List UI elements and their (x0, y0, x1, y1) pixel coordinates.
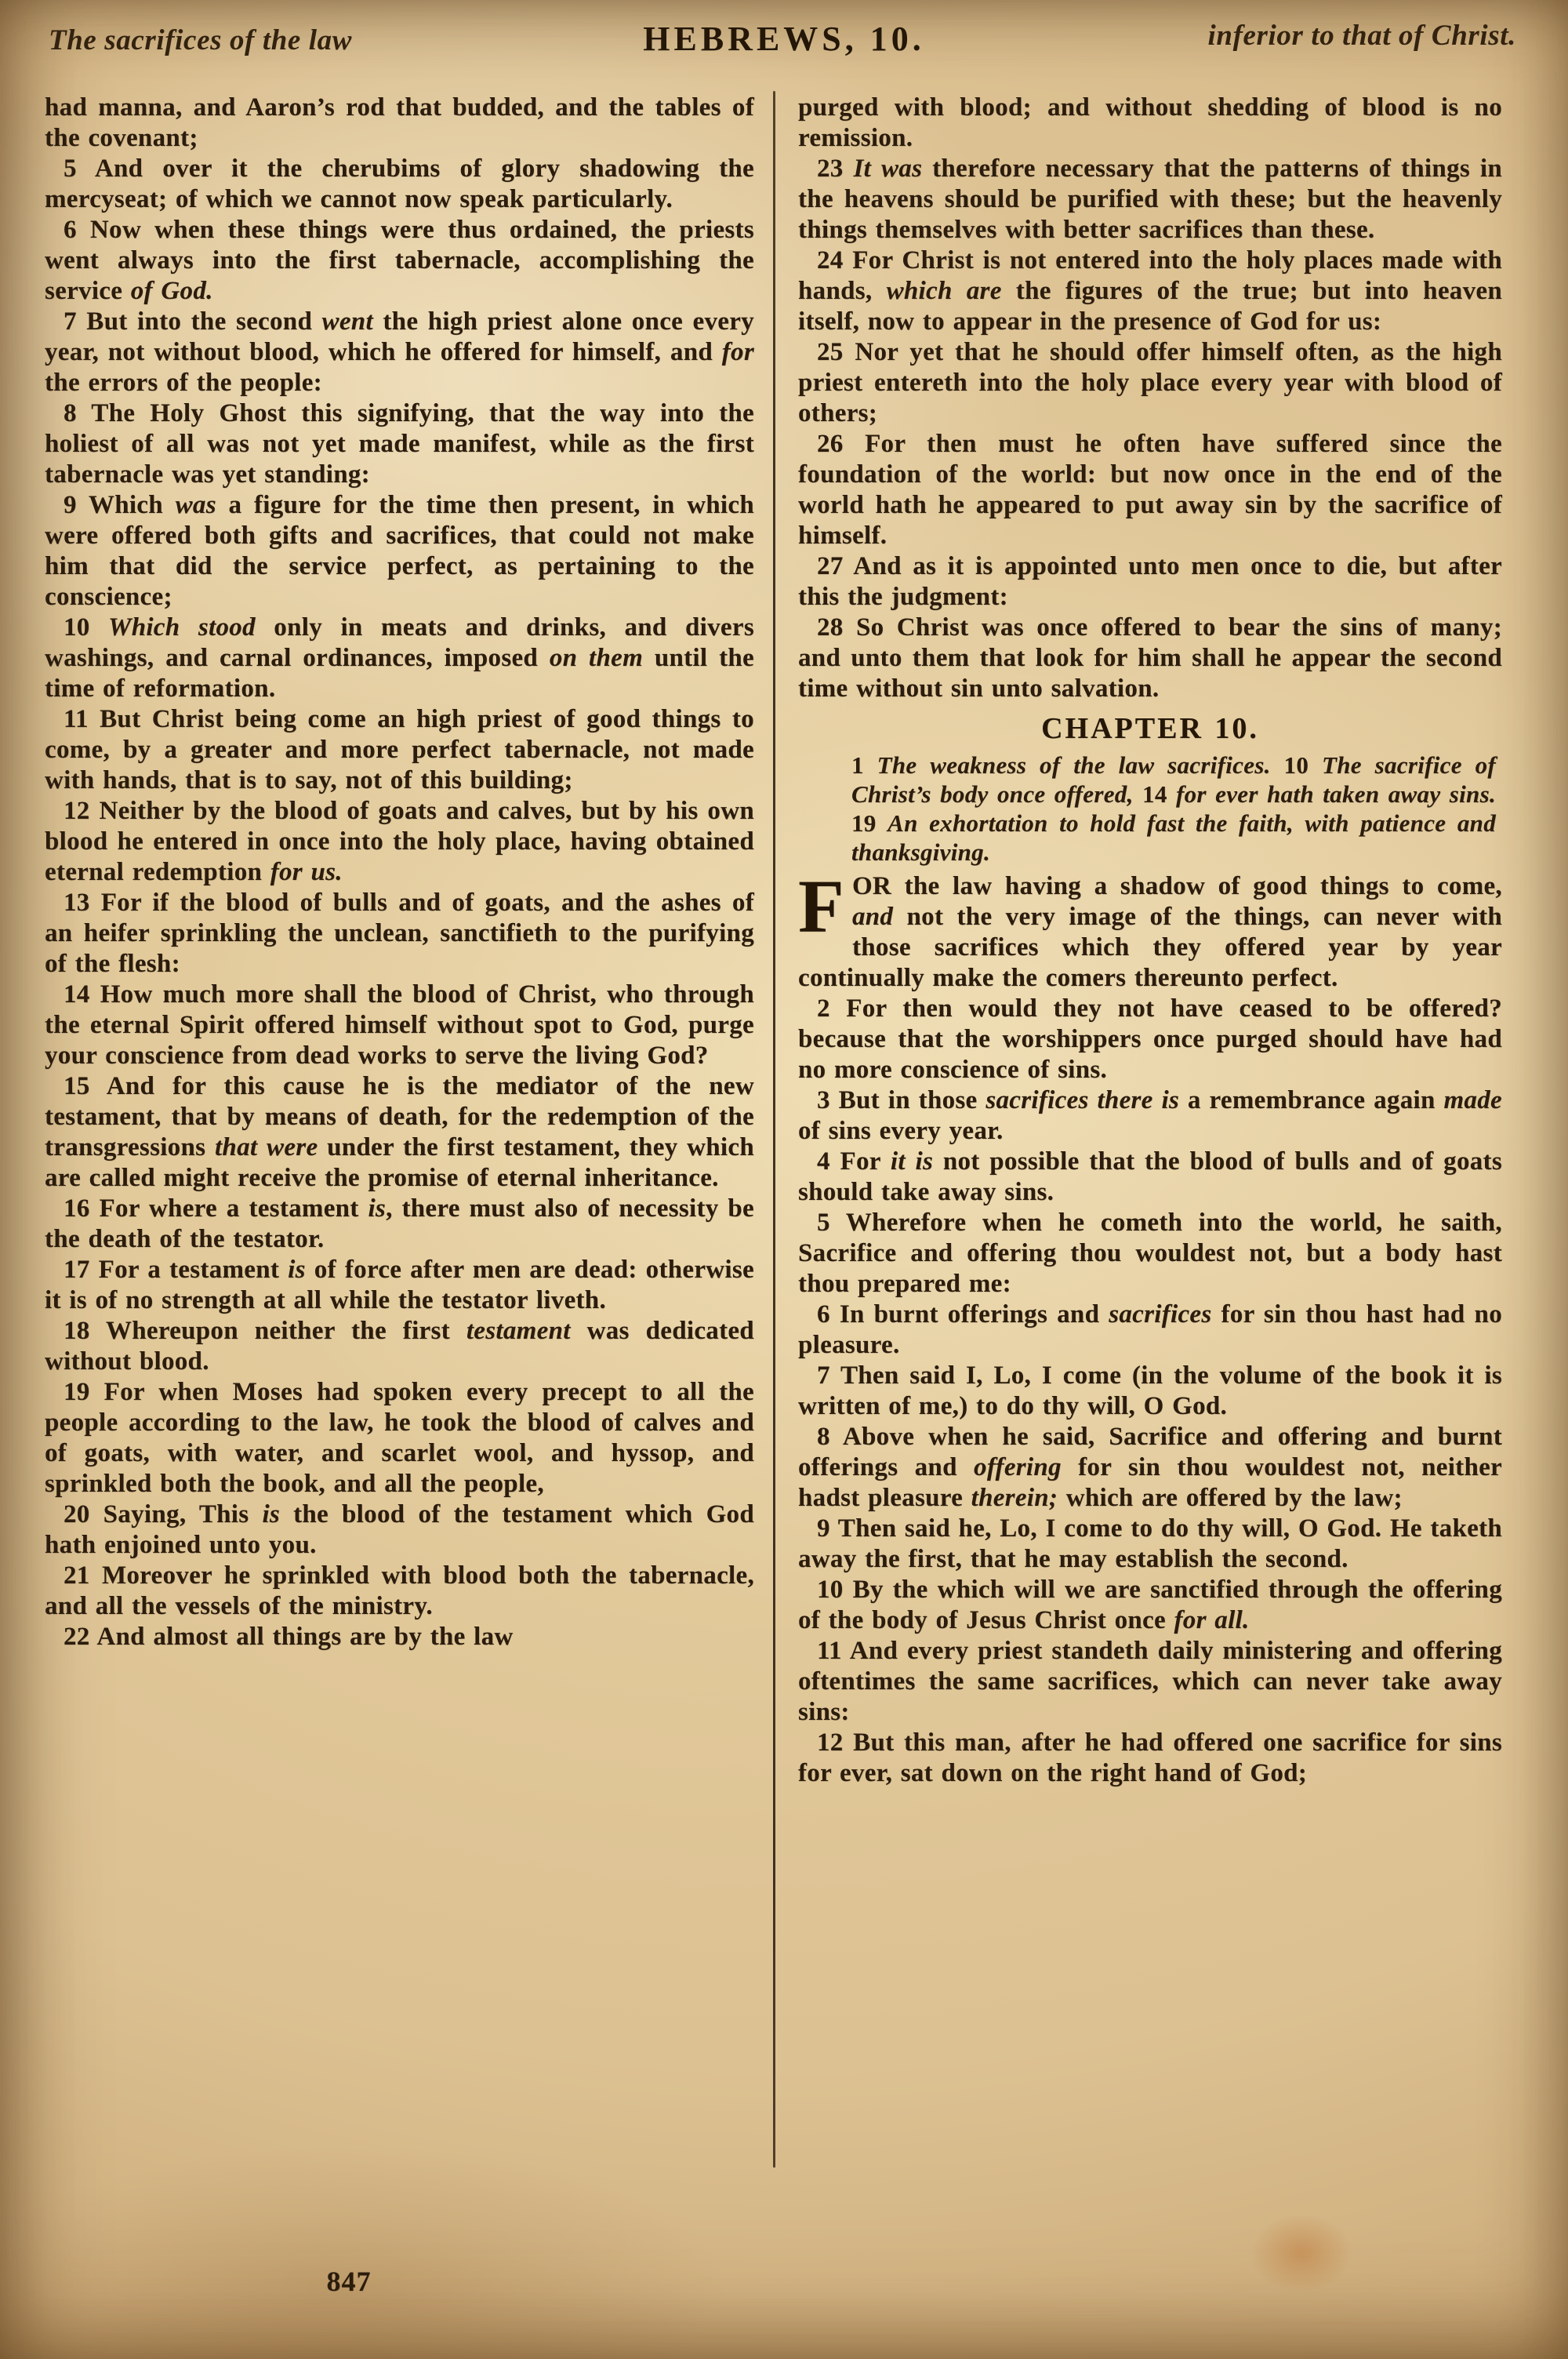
verse-number: 19 (64, 1378, 90, 1406)
verse-paragraph: 19 For when Moses had spoken every prece… (45, 1377, 754, 1499)
verse-number: 10 (817, 1576, 844, 1604)
verse-number: 14 (64, 980, 90, 1009)
left-column: had manna, and Aaron’s rod that budded, … (45, 93, 754, 1652)
italic-supplied-word: therein; (971, 1484, 1058, 1512)
verse-number: 5 (817, 1209, 830, 1237)
verse-number: 11 (817, 1637, 842, 1665)
verse-paragraph: 24 For Christ is not entered into the ho… (798, 245, 1502, 337)
verse-number: 18 (64, 1317, 90, 1345)
verse-number: 20 (64, 1500, 90, 1528)
italic-supplied-word: for us. (270, 858, 343, 886)
verse-number: 9 (64, 491, 77, 519)
verse-paragraph: 22 And almost all things are by the law (45, 1622, 754, 1652)
chapter-summary: 1 The weakness of the law sacrifices. 10… (851, 751, 1496, 867)
verse-number: 17 (64, 1256, 90, 1284)
italic-supplied-word: of God. (131, 277, 213, 305)
verse-number: 4 (817, 1147, 830, 1176)
italic-supplied-word: It was (853, 154, 922, 183)
verse-number: 7 (817, 1361, 830, 1390)
verse-paragraph: 10 Which stood only in meats and drinks,… (45, 612, 754, 704)
verse-number: 8 (817, 1423, 830, 1451)
verse-paragraph: 5 And over it the cherubims of glory sha… (45, 154, 754, 215)
italic-supplied-word: is (368, 1194, 386, 1223)
verse-number: 24 (817, 246, 844, 274)
italic-supplied-word: The weakness of the law sacrifices. (877, 751, 1271, 779)
running-head-book-chapter: HEBREWS, 10. (643, 19, 925, 59)
verse-paragraph: 2 For then would they not have ceased to… (798, 994, 1502, 1085)
column-divider (773, 91, 775, 2168)
verse-number: 2 (817, 994, 830, 1023)
italic-supplied-word: Which stood (108, 613, 256, 642)
verse-paragraph: 3 But in those sacrifices there is a rem… (798, 1085, 1502, 1147)
running-head-right: inferior to that of Christ. (1208, 19, 1516, 53)
verse-number: 7 (64, 307, 77, 336)
italic-supplied-word: it is (891, 1147, 933, 1176)
verse-paragraph: FOR the law having a shadow of good thin… (798, 871, 1502, 994)
italic-supplied-word: which are (887, 277, 1002, 305)
italic-supplied-word: is (262, 1500, 280, 1528)
verse-paragraph: 23 It was therefore necessary that the p… (798, 154, 1502, 245)
right-column: purged with blood; and without shedding … (798, 93, 1502, 1789)
verse-paragraph: 16 For where a testament is, there must … (45, 1194, 754, 1255)
italic-supplied-word: is (288, 1256, 306, 1284)
drop-cap-letter: F (798, 871, 852, 937)
verse-paragraph: 8 Above when he said, Sacrifice and offe… (798, 1422, 1502, 1514)
verse-number: 21 (64, 1561, 90, 1590)
italic-supplied-word: on them (550, 644, 643, 672)
verse-number: 25 (817, 338, 844, 366)
page-number: 847 (31, 2265, 666, 2298)
italic-supplied-word: for (722, 338, 754, 366)
verse-paragraph: 14 How much more shall the blood of Chri… (45, 980, 754, 1071)
verse-paragraph: 9 Which was a figure for the time then p… (45, 490, 754, 612)
verse-paragraph: 5 Wherefore when he cometh into the worl… (798, 1208, 1502, 1299)
verse-paragraph: 4 For it is not possible that the blood … (798, 1147, 1502, 1208)
verse-number: 6 (817, 1300, 830, 1329)
verse-paragraph: 8 The Holy Ghost this signifying, that t… (45, 398, 754, 490)
verse-paragraph: 28 So Christ was once offered to bear th… (798, 612, 1502, 704)
verse-number: 23 (817, 154, 844, 183)
verse-number: 27 (817, 552, 844, 580)
verse-paragraph: 18 Whereupon neither the first testament… (45, 1316, 754, 1377)
verse-paragraph: 6 Now when these things were thus ordain… (45, 215, 754, 307)
verse-number: 28 (817, 613, 844, 642)
verse-paragraph: 9 Then said he, Lo, I come to do thy wil… (798, 1514, 1502, 1575)
verse-paragraph: 27 And as it is appointed unto men once … (798, 551, 1502, 612)
italic-supplied-word: sacrifices there is (985, 1086, 1179, 1114)
verse-paragraph: 13 For if the blood of bulls and of goat… (45, 888, 754, 980)
verse-number: 15 (64, 1072, 90, 1100)
italic-supplied-word: for all. (1174, 1606, 1250, 1634)
verse-number: 16 (64, 1194, 90, 1223)
italic-supplied-word: for ever hath taken away sins. (1176, 780, 1496, 808)
italic-supplied-word: and (852, 903, 893, 931)
verse-paragraph: 17 For a testament is of force after men… (45, 1255, 754, 1316)
verse-paragraph: 15 And for this cause he is the mediator… (45, 1071, 754, 1194)
verse-number: 26 (817, 430, 844, 458)
verse-number: 22 (64, 1623, 90, 1651)
italic-supplied-word: An exhortation to hold fast the faith, w… (851, 809, 1496, 866)
verse-paragraph: had manna, and Aaron’s rod that budded, … (45, 93, 754, 154)
verse-paragraph: 12 But this man, after he had offered on… (798, 1728, 1502, 1789)
running-head: The sacrifices of the law HEBREWS, 10. i… (0, 17, 1568, 64)
verse-number: 12 (64, 797, 90, 825)
verse-number: 12 (817, 1728, 844, 1757)
verse-number: 13 (64, 889, 90, 917)
verse-paragraph: 25 Nor yet that he should offer himself … (798, 337, 1502, 429)
verse-number: 5 (64, 154, 77, 183)
verse-number: 6 (64, 216, 77, 244)
italic-supplied-word: went (322, 307, 373, 336)
verse-paragraph: purged with blood; and without shedding … (798, 93, 1502, 154)
verse-number: 9 (817, 1514, 830, 1543)
italic-supplied-word: made (1443, 1086, 1502, 1114)
verse-paragraph: 21 Moreover he sprinkled with blood both… (45, 1561, 754, 1622)
verse-paragraph: 6 In burnt offerings and sacrifices for … (798, 1299, 1502, 1361)
verse-number: 8 (64, 399, 77, 427)
verse-paragraph: 7 Then said I, Lo, I come (in the volume… (798, 1361, 1502, 1422)
verse-number: 11 (64, 705, 89, 733)
italic-supplied-word: testament (466, 1317, 571, 1345)
verse-paragraph: 10 By the which will we are sanctified t… (798, 1575, 1502, 1636)
verse-number: 10 (64, 613, 90, 642)
italic-supplied-word: sacrifices (1109, 1300, 1211, 1329)
verse-number: 3 (817, 1086, 830, 1114)
running-head-left: The sacrifices of the law (49, 24, 352, 57)
italic-supplied-word: was (176, 491, 216, 519)
verse-paragraph: 20 Saying, This is the blood of the test… (45, 1499, 754, 1561)
italic-supplied-word: that were (215, 1133, 318, 1161)
verse-paragraph: 26 For then must he often have suffered … (798, 429, 1502, 551)
verse-paragraph: 7 But into the second went the high prie… (45, 307, 754, 398)
verse-paragraph: 12 Neither by the blood of goats and cal… (45, 796, 754, 888)
verse-paragraph: 11 And every priest standeth daily minis… (798, 1636, 1502, 1728)
italic-supplied-word: offering (974, 1453, 1062, 1481)
verse-paragraph: 11 But Christ being come an high priest … (45, 704, 754, 796)
book-page: The sacrifices of the law HEBREWS, 10. i… (0, 0, 1568, 2359)
chapter-heading: CHAPTER 10. (798, 714, 1502, 744)
